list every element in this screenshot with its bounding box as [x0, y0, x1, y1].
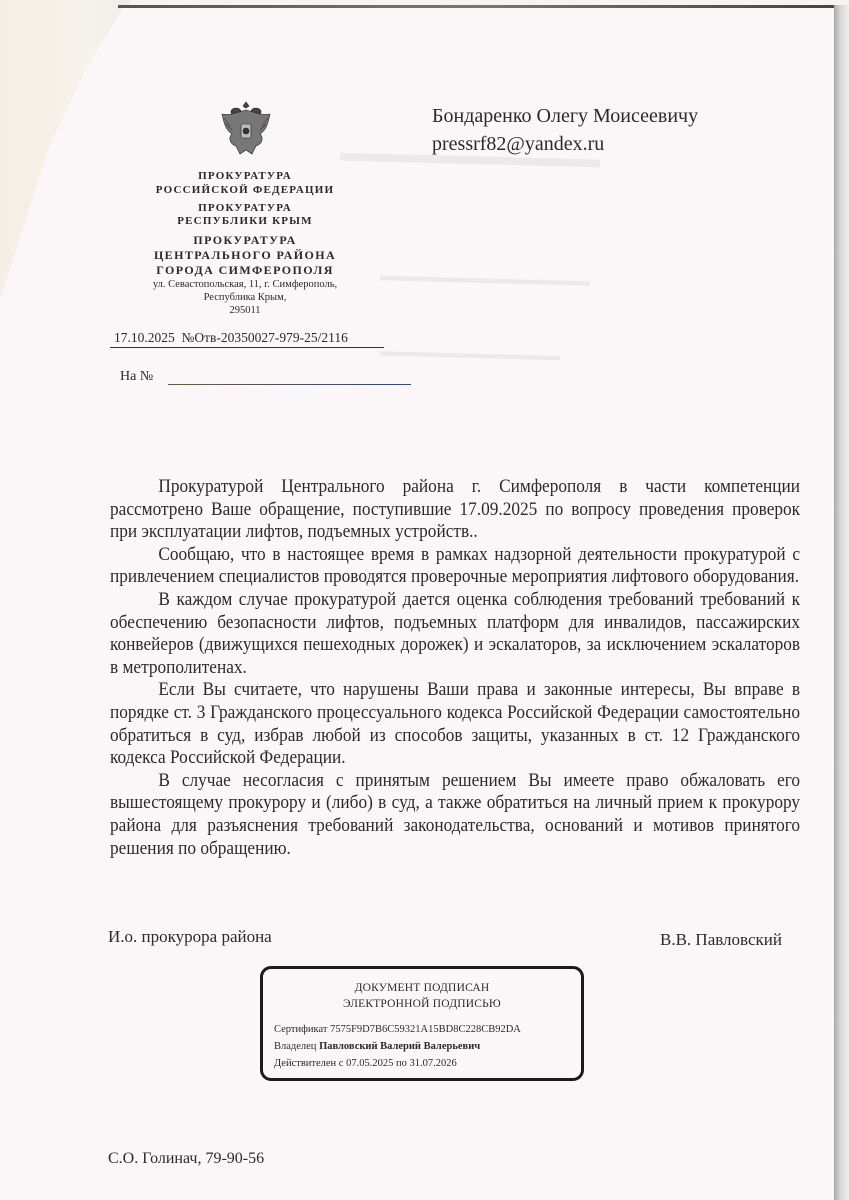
- org-postcode: 295011: [125, 304, 365, 317]
- stamp-title: ЭЛЕКТРОННОЙ ПОДПИСЬЮ: [263, 996, 581, 1012]
- org-line: ПРОКУРАТУРА: [125, 233, 365, 248]
- signatory-position: И.о. прокурора района: [108, 927, 272, 947]
- recipient-block: Бондаренко Олегу Моисеевичу pressrf82@ya…: [432, 102, 698, 158]
- stamp-certificate-row: Сертификат 7575F9D7B6C59321A15BD8C228CB9…: [274, 1021, 581, 1038]
- signatory-name: В.В. Павловский: [660, 930, 782, 950]
- org-line: ГОРОДА СИМФЕРОПОЛЯ: [125, 263, 365, 278]
- valid-to-value: 31.07.2026: [409, 1058, 456, 1069]
- org-address: Республика Крым,: [125, 291, 365, 304]
- recipient-email: pressrf82@yandex.ru: [432, 130, 698, 158]
- stamp-validity-row: Действителен с 07.05.2025 по 31.07.2026: [274, 1055, 581, 1072]
- owner-label: Владелец: [274, 1041, 316, 1052]
- org-line: ПРОКУРАТУРА: [125, 202, 365, 216]
- executor-contact: С.О. Голинач, 79-90-56: [108, 1150, 264, 1168]
- org-address: ул. Севастопольская, 11, г. Симферополь,: [125, 278, 365, 291]
- body-paragraph: В случае несогласия с принятым решением …: [110, 770, 800, 860]
- page-right-edge: [834, 5, 849, 1200]
- body-paragraph: В каждом случае прокуратурой дается оцен…: [110, 589, 800, 679]
- valid-from-value: 07.05.2025: [346, 1058, 393, 1069]
- certificate-label: Сертификат: [274, 1024, 327, 1035]
- owner-value: Павловский Валерий Валерьевич: [319, 1041, 480, 1052]
- outgoing-reference: 17.10.2025 №Отв-20350027-979-25/2116: [110, 330, 384, 348]
- outgoing-number: Отв-20350027-979-25/2116: [194, 330, 348, 345]
- recipient-name: Бондаренко Олегу Моисеевичу: [432, 102, 698, 130]
- sender-organization-block: ПРОКУРАТУРА РОССИЙСКОЙ ФЕДЕРАЦИИ ПРОКУРА…: [125, 170, 365, 317]
- body-paragraph: Если Вы считаете, что нарушены Ваши прав…: [110, 679, 800, 769]
- electronic-signature-stamp: ДОКУМЕНТ ПОДПИСАН ЭЛЕКТРОННОЙ ПОДПИСЬЮ С…: [260, 966, 584, 1081]
- body-paragraph: Сообщаю, что в настоящее время в рамках …: [110, 544, 800, 589]
- valid-to-label: по: [396, 1058, 407, 1069]
- org-line: РОССИЙСКОЙ ФЕДЕРАЦИИ: [125, 184, 365, 198]
- org-line: РЕСПУБЛИКИ КРЫМ: [125, 215, 365, 229]
- stamp-title: ДОКУМЕНТ ПОДПИСАН: [263, 980, 581, 996]
- certificate-value: 7575F9D7B6C59321A15BD8C228CB92DA: [330, 1024, 521, 1035]
- number-sign: №: [182, 330, 195, 345]
- page-top-edge: [118, 5, 838, 8]
- org-line: ПРОКУРАТУРА: [125, 170, 365, 184]
- incoming-reference-blank: [168, 384, 411, 385]
- stamp-owner-row: Владелец Павловский Валерий Валерьевич: [274, 1038, 581, 1055]
- org-line: ЦЕНТРАЛЬНОГО РАЙОНА: [125, 248, 365, 263]
- outgoing-date: 17.10.2025: [114, 330, 175, 345]
- incoming-reference-label: На №: [120, 369, 153, 385]
- valid-from-label: Действителен с: [274, 1058, 343, 1069]
- body-paragraph: Прокуратурой Центрального района г. Симф…: [110, 476, 800, 544]
- letter-body: Прокуратурой Центрального района г. Симф…: [110, 476, 800, 860]
- russian-emblem-icon: [216, 98, 276, 160]
